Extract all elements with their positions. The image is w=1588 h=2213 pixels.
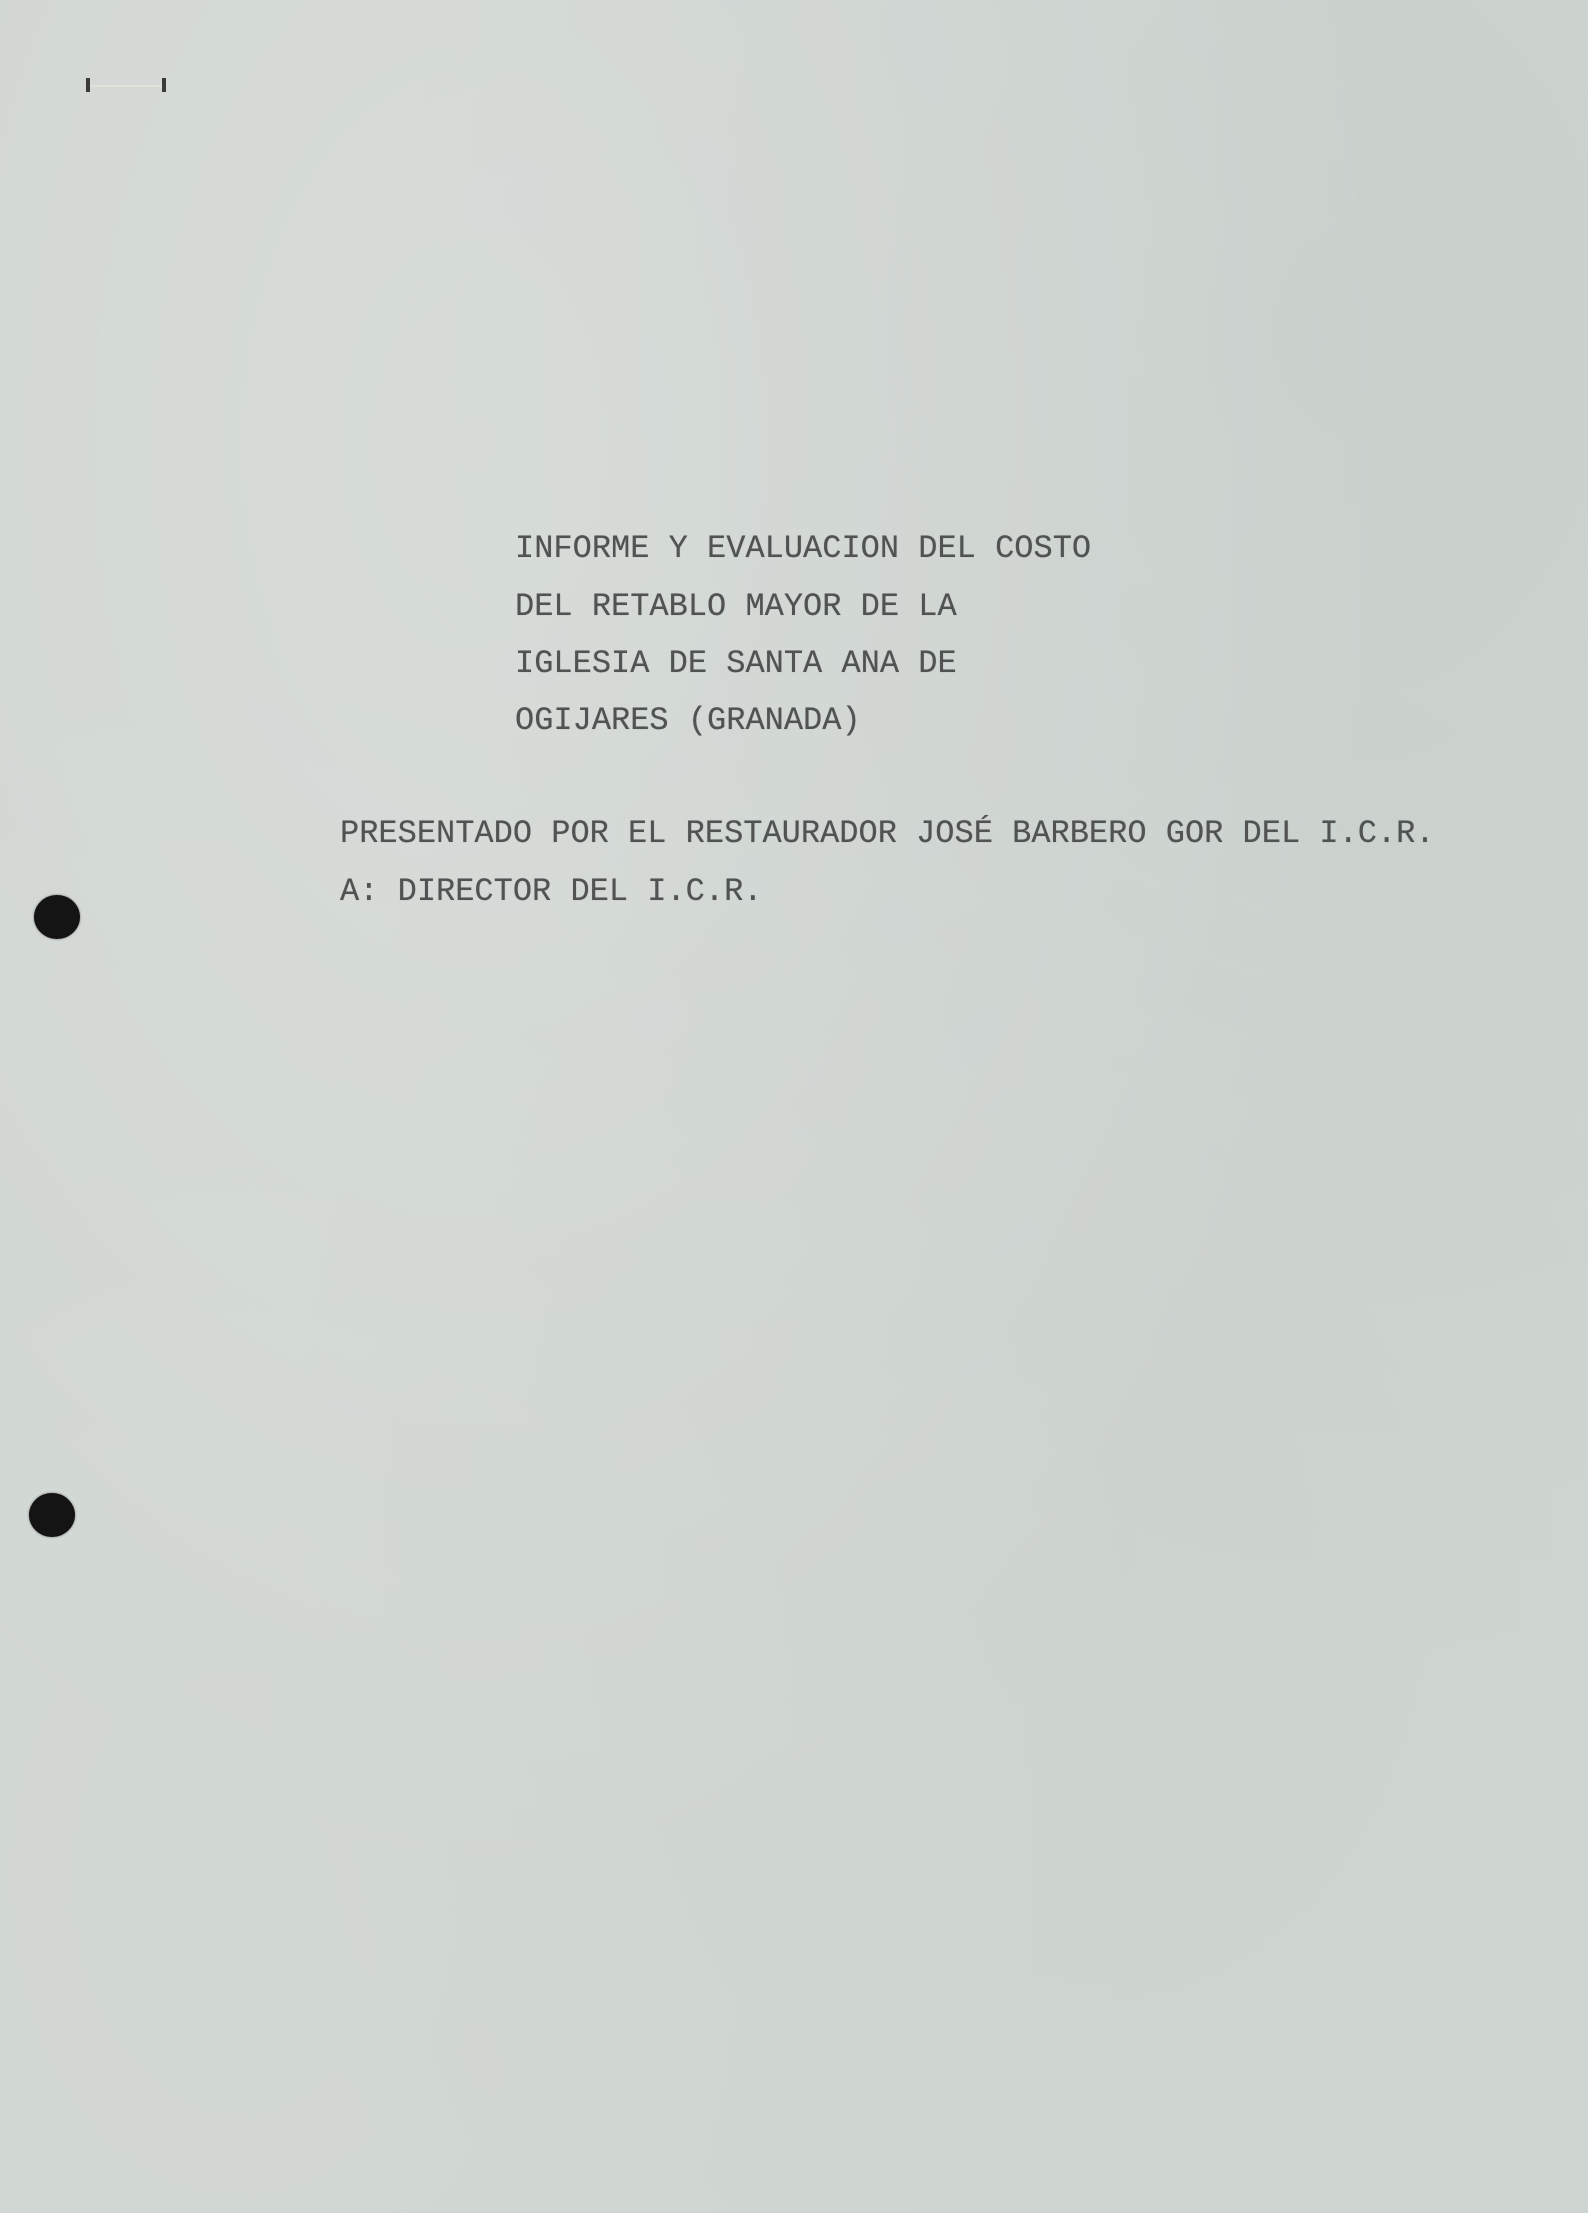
staple-mark-icon: [86, 78, 166, 92]
staple-end-right: [162, 78, 166, 92]
title-line-4: OGIJARES (GRANADA): [515, 702, 861, 739]
punch-hole-icon: [29, 1493, 75, 1537]
staple-bar: [90, 85, 162, 87]
presented-by-line: PRESENTADO POR EL RESTAURADOR JOSÉ BARBE…: [340, 815, 1435, 852]
addressee-line: A: DIRECTOR DEL I.C.R.: [340, 873, 762, 910]
title-line-1: INFORME Y EVALUACION DEL COSTO: [515, 530, 1091, 567]
title-line-3: IGLESIA DE SANTA ANA DE: [515, 645, 957, 682]
document-page: INFORME Y EVALUACION DEL COSTO DEL RETAB…: [0, 0, 1588, 2213]
title-line-2: DEL RETABLO MAYOR DE LA: [515, 588, 957, 625]
punch-hole-icon: [34, 895, 80, 939]
